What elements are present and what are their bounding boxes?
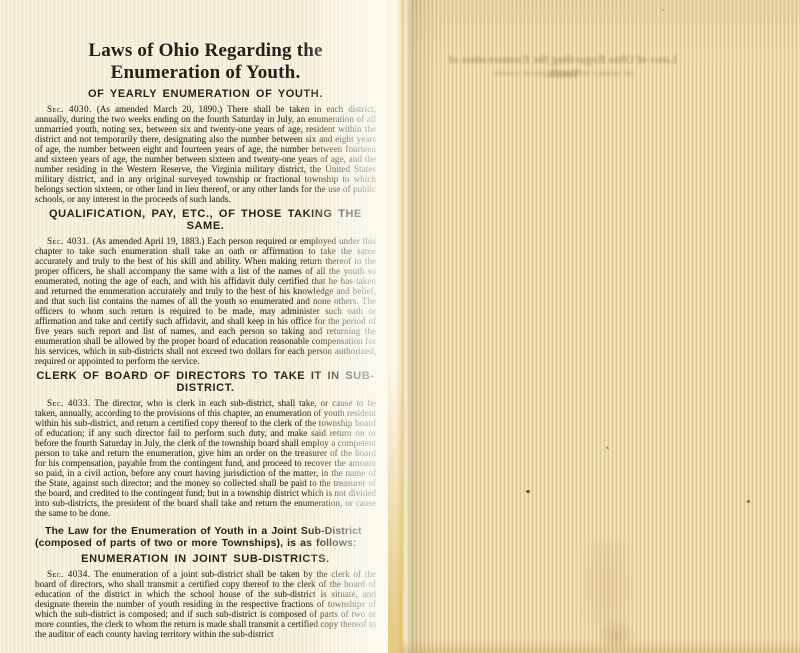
joint-sub-district-intro: The Law for the Enumeration of Youth in … (35, 525, 376, 549)
paper-stain (596, 618, 638, 653)
section-body-4033: Sec. 4033. The director, who is clerk in… (35, 398, 376, 518)
section-body-4030: Sec. 4030. (As amended March 20, 1890.) … (35, 104, 376, 204)
paper-speck (526, 490, 530, 493)
show-through-subtitle: OF YEARLY ENUMERATION OF YOUTH. (478, 69, 648, 78)
page-title: Laws of Ohio Regarding the Enumeration o… (35, 40, 376, 84)
paper-speck (747, 500, 750, 503)
left-page: Laws of Ohio Regarding the Enumeration o… (0, 0, 388, 653)
paper-stain (578, 540, 638, 653)
section-body-4034: Sec. 4034. The enumeration of a joint su… (35, 569, 376, 639)
sec-number-4031: Sec. 4031. (47, 236, 90, 246)
sec-number-4030: Sec. 4030. (47, 104, 92, 114)
section-text-4031: (As amended April 19, 1883.) Each person… (35, 236, 376, 366)
paper-speck (662, 9, 664, 11)
section-heading-clerk-of-board: CLERK OF BOARD OF DIRECTORS TO TAKE IT I… (35, 370, 376, 394)
book-scan: Laws of Ohio Regarding the Enumeration o… (0, 0, 800, 653)
paper-speck (606, 446, 609, 449)
page-gutter (388, 0, 402, 653)
section-heading-qualification-pay: QUALIFICATION, PAY, ETC., OF THOSE TAKIN… (35, 208, 376, 232)
right-page-blank: Laws of Ohio Regarding the Enumeration o… (402, 0, 800, 653)
section-heading-joint-sub-districts: ENUMERATION IN JOINT SUB-DISTRICTS. (35, 553, 376, 565)
sec-number-4034: Sec. 4034. (47, 569, 90, 579)
section-text-4034: The enumeration of a joint sub-district … (35, 569, 376, 639)
show-through-title: Laws of Ohio Regarding the Enumeration o… (448, 52, 678, 80)
sec-number-4033: Sec. 4033. (47, 398, 91, 408)
section-text-4030: (As amended March 20, 1890.) There shall… (35, 104, 376, 204)
section-text-4033: The director, who is clerk in each sub-d… (35, 398, 376, 518)
section-heading-yearly-enumeration: OF YEARLY ENUMERATION OF YOUTH. (35, 88, 376, 100)
section-body-4031: Sec. 4031. (As amended April 19, 1883.) … (35, 236, 376, 366)
